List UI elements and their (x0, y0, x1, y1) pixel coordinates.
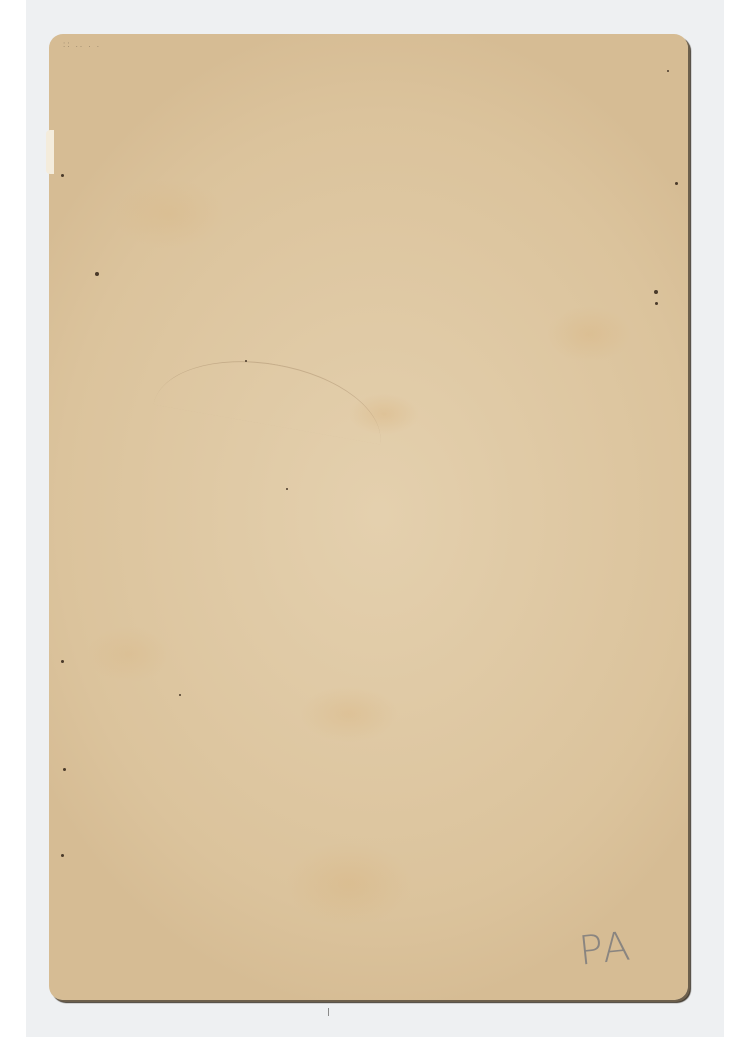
foxing-speck (95, 272, 99, 276)
foxing-speck (655, 302, 658, 305)
foxing-speck (61, 174, 64, 177)
scan-artifact (328, 1008, 329, 1016)
foxing-speck (179, 694, 181, 696)
foxing-speck (245, 360, 247, 362)
foxing-speck (667, 70, 669, 72)
foxing-speck (675, 182, 678, 185)
foxing-speck (286, 488, 288, 490)
foxing-speck (63, 768, 66, 771)
foxing-speck (61, 660, 64, 663)
pencil-inscription: PA (577, 923, 634, 974)
foxing-speck (61, 854, 64, 857)
foxing-speck (654, 290, 658, 294)
cabinet-card-back: :: .. . . PA (49, 34, 688, 1000)
surface-scratch (153, 344, 390, 444)
corner-marks: :: .. . . (63, 40, 133, 70)
edge-wear (46, 130, 54, 174)
